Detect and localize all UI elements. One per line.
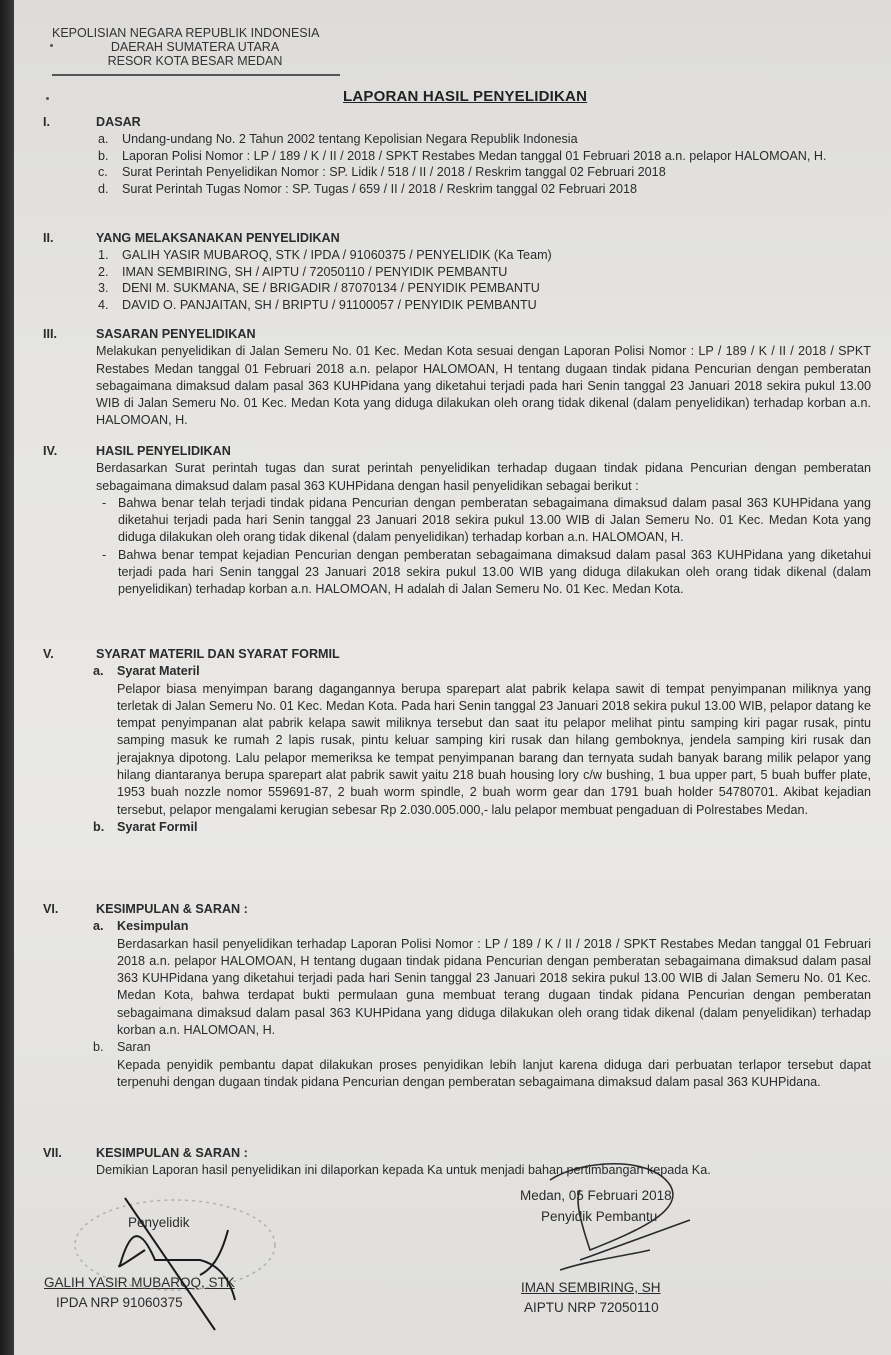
letterhead: KEPOLISIAN NEGARA REPUBLIK INDONESIA DAE… bbox=[50, 26, 340, 68]
subsection-body: Pelapor biasa menyimpan barang dagangann… bbox=[93, 681, 871, 819]
signer-nrp: IPDA NRP 91060375 bbox=[56, 1294, 183, 1312]
list-item: 4.DAVID O. PANJAITAN, SH / BRIPTU / 9110… bbox=[98, 297, 871, 314]
list-item: -Bahwa benar telah terjadi tindak pidana… bbox=[96, 495, 871, 547]
list-item: b.Laporan Polisi Nomor : LP / 189 / K / … bbox=[98, 148, 871, 165]
section-number: VI. bbox=[43, 901, 93, 918]
signer-name: IMAN SEMBIRING, SH bbox=[521, 1279, 661, 1297]
subsection-heading: Kesimpulan bbox=[93, 918, 871, 935]
findings-list: -Bahwa benar telah terjadi tindak pidana… bbox=[96, 495, 871, 599]
subsection-materil: a. Syarat Materil Pelapor biasa menyimpa… bbox=[93, 663, 871, 819]
section-number: III. bbox=[43, 326, 93, 343]
list-item: 3.DENI M. SUKMANA, SE / BRIGADIR / 87070… bbox=[98, 280, 871, 297]
section-pelaksana: II. YANG MELAKSANAKAN PENYELIDIKAN 1.GAL… bbox=[43, 230, 871, 313]
letterhead-line-2: DAERAH SUMATERA UTARA bbox=[50, 40, 340, 54]
section-heading: KESIMPULAN & SARAN : bbox=[96, 1145, 871, 1162]
subsection-formil: b. Syarat Formil bbox=[93, 819, 871, 836]
section-hasil: IV. HASIL PENYELIDIKAN Berdasarkan Surat… bbox=[43, 443, 871, 599]
list-item: 2.IMAN SEMBIRING, SH / AIPTU / 72050110 … bbox=[98, 264, 871, 281]
list-item: c.Surat Perintah Penyelidikan Nomor : SP… bbox=[98, 164, 871, 181]
signer-nrp: AIPTU NRP 72050110 bbox=[524, 1299, 659, 1317]
letterhead-line-1: KEPOLISIAN NEGARA REPUBLIK INDONESIA bbox=[52, 26, 340, 40]
subsection-heading: Syarat Formil bbox=[93, 819, 871, 836]
signer-name: GALIH YASIR MUBAROQ, STK bbox=[44, 1274, 235, 1292]
subsection-body: Berdasarkan hasil penyelidikan terhadap … bbox=[93, 936, 871, 1040]
speck bbox=[50, 44, 53, 47]
section-heading: KESIMPULAN & SARAN : bbox=[96, 901, 871, 918]
letterhead-divider bbox=[52, 74, 340, 76]
section-sasaran: III. SASARAN PENYELIDIKAN Melakukan peny… bbox=[43, 326, 871, 430]
section-heading: YANG MELAKSANAKAN PENYELIDIKAN bbox=[96, 230, 871, 247]
subsection-saran: b. Saran Kepada penyidik pembantu dapat … bbox=[93, 1039, 871, 1091]
list-item: -Bahwa benar tempat kejadian Pencurian d… bbox=[96, 547, 871, 599]
signer-role: Penyelidik bbox=[128, 1214, 190, 1232]
section-heading: DASAR bbox=[96, 114, 871, 131]
section-dasar: I. DASAR a.Undang-undang No. 2 Tahun 200… bbox=[43, 114, 871, 197]
subsection-body: Kepada penyidik pembantu dapat dilakukan… bbox=[93, 1057, 871, 1092]
letterhead-line-3: RESOR KOTA BESAR MEDAN bbox=[50, 54, 340, 68]
photo-edge-shadow bbox=[0, 0, 14, 1355]
list-item: 1.GALIH YASIR MUBAROQ, STK / IPDA / 9106… bbox=[98, 247, 871, 264]
section-number: I. bbox=[43, 114, 93, 131]
section-number: VII. bbox=[43, 1145, 93, 1162]
section-heading: SASARAN PENYELIDIKAN bbox=[96, 326, 871, 343]
section-kesimpulan: VI. KESIMPULAN & SARAN : a. Kesimpulan B… bbox=[43, 901, 871, 1091]
section-heading: HASIL PENYELIDIKAN bbox=[96, 443, 871, 460]
list-item: d.Surat Perintah Tugas Nomor : SP. Tugas… bbox=[98, 181, 871, 198]
section-number: IV. bbox=[43, 443, 93, 460]
signer-role: Penyidik Pembantu bbox=[541, 1208, 657, 1226]
speck bbox=[46, 97, 49, 100]
dasar-list: a.Undang-undang No. 2 Tahun 2002 tentang… bbox=[98, 131, 871, 197]
subsection-kesimpulan: a. Kesimpulan Berdasarkan hasil penyelid… bbox=[93, 918, 871, 1039]
subsection-heading: Syarat Materil bbox=[93, 663, 871, 680]
section-number: II. bbox=[43, 230, 93, 247]
section-intro: Berdasarkan Surat perintah tugas dan sur… bbox=[96, 460, 871, 495]
team-list: 1.GALIH YASIR MUBAROQ, STK / IPDA / 9106… bbox=[98, 247, 871, 313]
place-date: Medan, 05 Februari 2018 bbox=[520, 1187, 672, 1205]
section-heading: SYARAT MATERIL DAN SYARAT FORMIL bbox=[96, 646, 871, 663]
section-body: Demikian Laporan hasil penyelidikan ini … bbox=[96, 1162, 871, 1179]
section-number: V. bbox=[43, 646, 93, 663]
section-penutup: VII. KESIMPULAN & SARAN : Demikian Lapor… bbox=[43, 1145, 871, 1180]
section-body: Melakukan penyelidikan di Jalan Semeru N… bbox=[96, 343, 871, 429]
subsection-heading: Saran bbox=[93, 1039, 871, 1056]
list-item: a.Undang-undang No. 2 Tahun 2002 tentang… bbox=[98, 131, 871, 148]
document-title: LAPORAN HASIL PENYELIDIKAN bbox=[343, 88, 587, 105]
section-syarat: V. SYARAT MATERIL DAN SYARAT FORMIL a. S… bbox=[43, 646, 871, 836]
